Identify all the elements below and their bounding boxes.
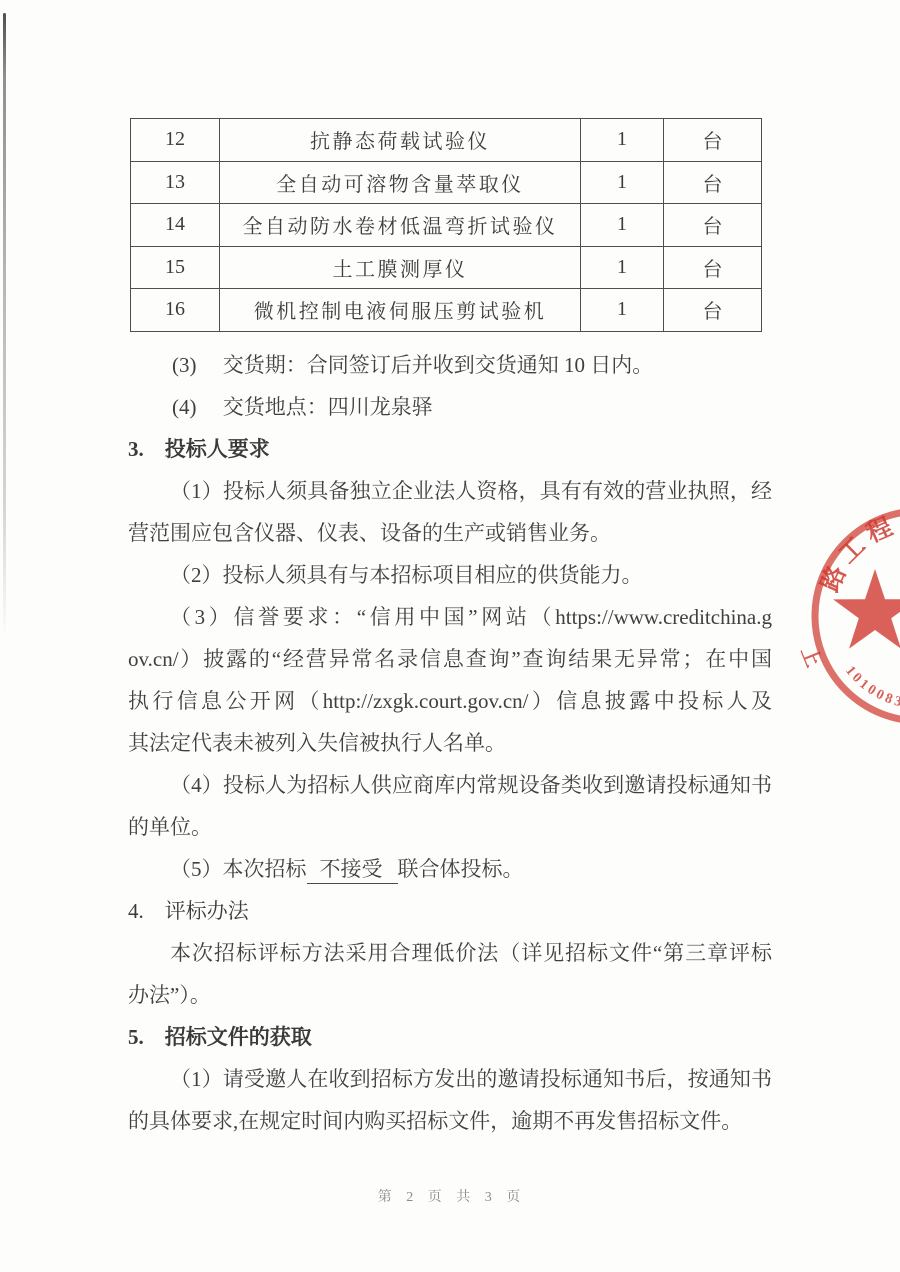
para-3-5-underlined: 不接受 [307,857,398,884]
para-5-1-line-1: （1）请受邀人在收到招标方发出的邀请投标通知书后，按通知书 [128,1058,772,1100]
red-company-seal: 路工程试 10100830 上 [795,500,900,752]
para-4-line-2: 办法”）。 [128,974,772,1016]
cell-name: 微机控制电液伺服压剪试验机 [220,289,581,332]
cell-name: 全自动防水卷材低温弯折试验仪 [220,204,581,247]
heading-section-3: 3. 投标人要求 [128,428,772,470]
document-page: 12 抗静态荷载试验仪 1 台 13 全自动可溶物含量萃取仪 1 台 14 全自… [0,0,900,1272]
cell-unit: 台 [664,161,762,204]
para-3-5: （5）本次招标不接受联合体投标。 [128,848,772,890]
line-delivery-term: (3) 交货期：合同签订后并收到交货通知 10 日内。 [128,344,772,386]
cell-index: 15 [131,246,220,289]
para-3-3-line-2: ov.cn/）披露的“经营异常名录信息查询”查询结果无异常；在中国 [128,638,772,680]
para-3-1-line-1: （1）投标人须具备独立企业法人资格，具有有效的营业执照，经 [128,470,772,512]
para-3-3-line-3: 执行信息公开网（http://zxgk.court.gov.cn/）信息披露中投… [128,680,772,722]
para-3-4-line-1: （4）投标人为招标人供应商库内常规设备类收到邀请投标通知书 [128,764,772,806]
document-body: (3) 交货期：合同签订后并收到交货通知 10 日内。 (4) 交货地点：四川龙… [128,344,772,1142]
cell-quantity: 1 [581,119,664,162]
cell-index: 16 [131,289,220,332]
cell-name: 土工膜测厚仪 [220,246,581,289]
heading-section-4: 4. 评标办法 [128,890,772,932]
page-footer: 第 2 页 共 3 页 [0,1186,900,1206]
line-delivery-place: (4) 交货地点：四川龙泉驿 [128,386,772,428]
para-3-3-line-1: （3）信誉要求：“信用中国”网站（https://www.creditchina… [128,596,772,638]
table-row: 12 抗静态荷载试验仪 1 台 [131,119,762,162]
cell-quantity: 1 [581,246,664,289]
para-3-5-before: （5）本次招标 [170,857,307,881]
scan-artifact-line [3,13,6,638]
cell-index: 14 [131,204,220,247]
table-row: 14 全自动防水卷材低温弯折试验仪 1 台 [131,204,762,247]
para-3-3-line-4: 其法定代表未被列入失信被执行人名单。 [128,722,772,764]
seal-arc-text: 路工程试 [815,507,900,596]
table-row: 15 土工膜测厚仪 1 台 [131,246,762,289]
cell-quantity: 1 [581,204,664,247]
cell-quantity: 1 [581,161,664,204]
cell-unit: 台 [664,246,762,289]
para-5-1-line-2: 的具体要求,在规定时间内购买招标文件，逾期不再发售招标文件。 [128,1100,772,1142]
para-3-1-line-2: 营范围应包含仪器、仪表、设备的生产或销售业务。 [128,512,772,554]
para-4-line-1: 本次招标评标方法采用合理低价法（详见招标文件“第三章评标 [128,932,772,974]
cell-unit: 台 [664,204,762,247]
cell-unit: 台 [664,119,762,162]
cell-quantity: 1 [581,289,664,332]
cell-name: 全自动可溶物含量萃取仪 [220,161,581,204]
equipment-table: 12 抗静态荷载试验仪 1 台 13 全自动可溶物含量萃取仪 1 台 14 全自… [130,118,762,332]
cell-index: 12 [131,119,220,162]
para-3-2: （2）投标人须具有与本招标项目相应的供货能力。 [128,554,772,596]
cell-name: 抗静态荷载试验仪 [220,119,581,162]
para-3-4-line-2: 的单位。 [128,806,772,848]
heading-section-5: 5. 招标文件的获取 [128,1016,772,1058]
table-row: 16 微机控制电液伺服压剪试验机 1 台 [131,289,762,332]
cell-unit: 台 [664,289,762,332]
para-3-5-after: 联合体投标。 [398,857,524,881]
cell-index: 13 [131,161,220,204]
table-row: 13 全自动可溶物含量萃取仪 1 台 [131,161,762,204]
